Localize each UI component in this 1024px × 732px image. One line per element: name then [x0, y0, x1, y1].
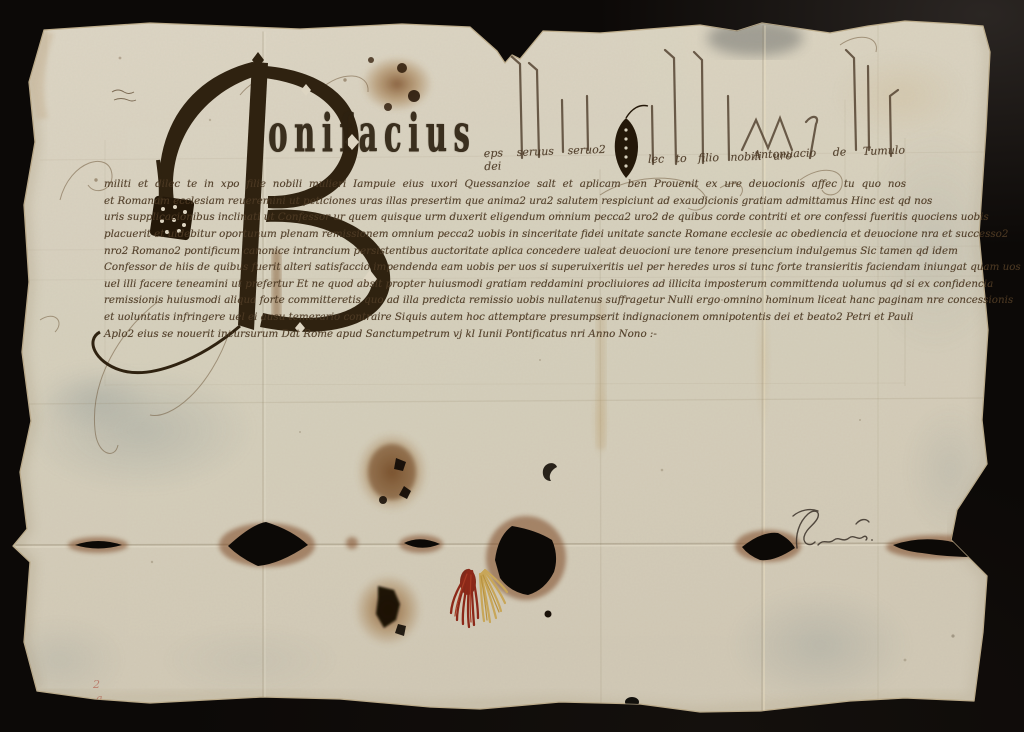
- red-chalk-top: 2: [92, 678, 100, 691]
- red-chalk-bottom: a: [96, 692, 103, 705]
- stain-top: [361, 56, 433, 112]
- parchment-photo: 2 a: [0, 0, 1024, 732]
- photo-backdrop: 2 a onifacius eps seruus seruo2 dei lec …: [0, 0, 1024, 732]
- worm-hole: [625, 697, 639, 707]
- stain-drip: [272, 250, 281, 326]
- worm-hole: [545, 611, 552, 618]
